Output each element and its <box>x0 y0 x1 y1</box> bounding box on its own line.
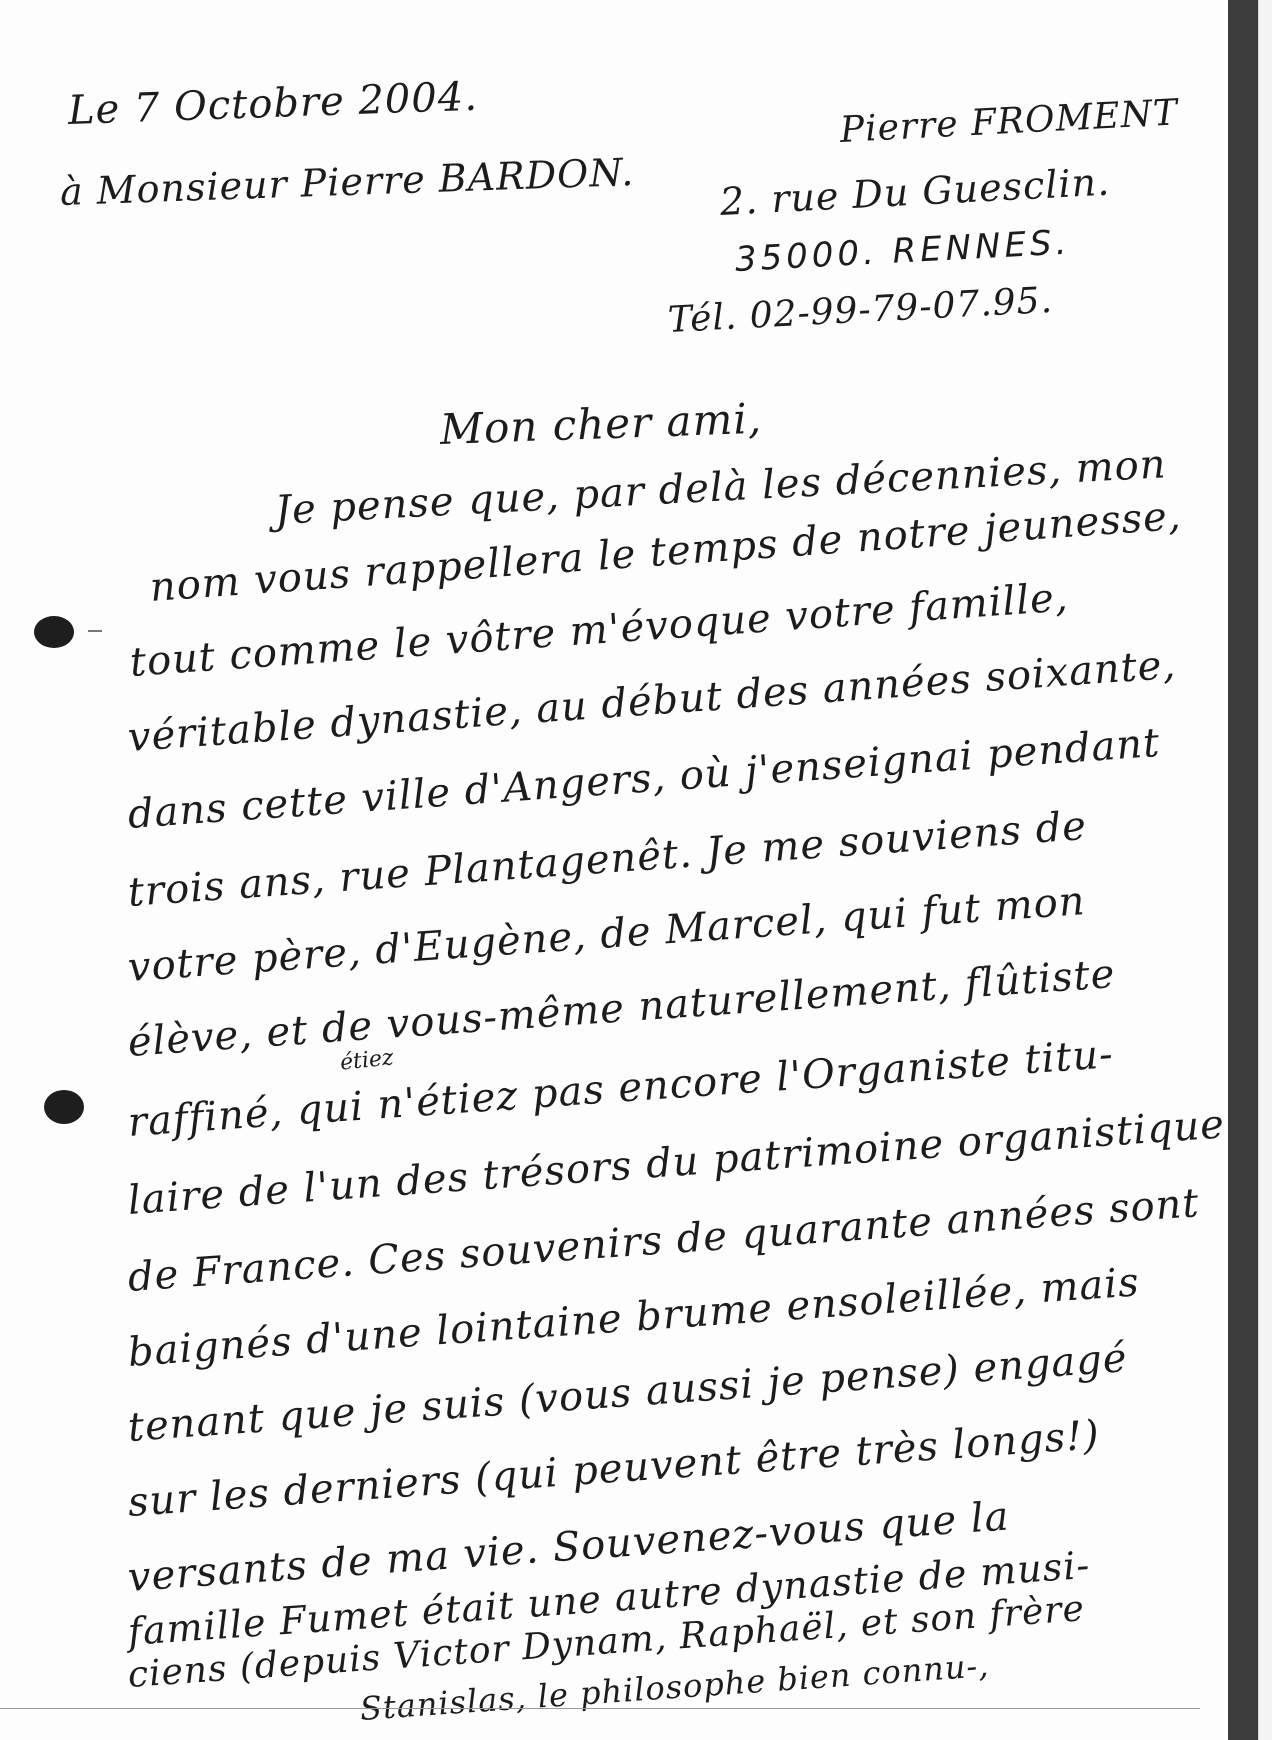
letter-page: Le 7 Octobre 2004. à Monsieur Pierre BAR… <box>0 0 1228 1740</box>
margin-dash <box>88 630 102 632</box>
sender-street: 2. rue Du Guesclin. <box>719 160 1111 224</box>
date-line: Le 7 Octobre 2004. <box>67 74 478 134</box>
salutation: Mon cher ami, <box>439 394 763 454</box>
scanner-margin <box>1258 0 1272 1740</box>
sender-city: 35000. RENNES. <box>734 222 1071 280</box>
punch-hole-bottom <box>44 1090 84 1124</box>
page-bottom-edge <box>0 1708 1200 1709</box>
correction-inserted-word: étiez <box>339 1045 395 1075</box>
punch-hole-top <box>34 616 74 648</box>
scanner-edge-shadow <box>1228 0 1258 1740</box>
sender-name: Pierre FROMENT <box>839 92 1179 151</box>
sender-phone: Tél. 02-99-79-07.95. <box>667 280 1054 341</box>
recipient-line: à Monsieur Pierre BARDON. <box>59 150 635 214</box>
